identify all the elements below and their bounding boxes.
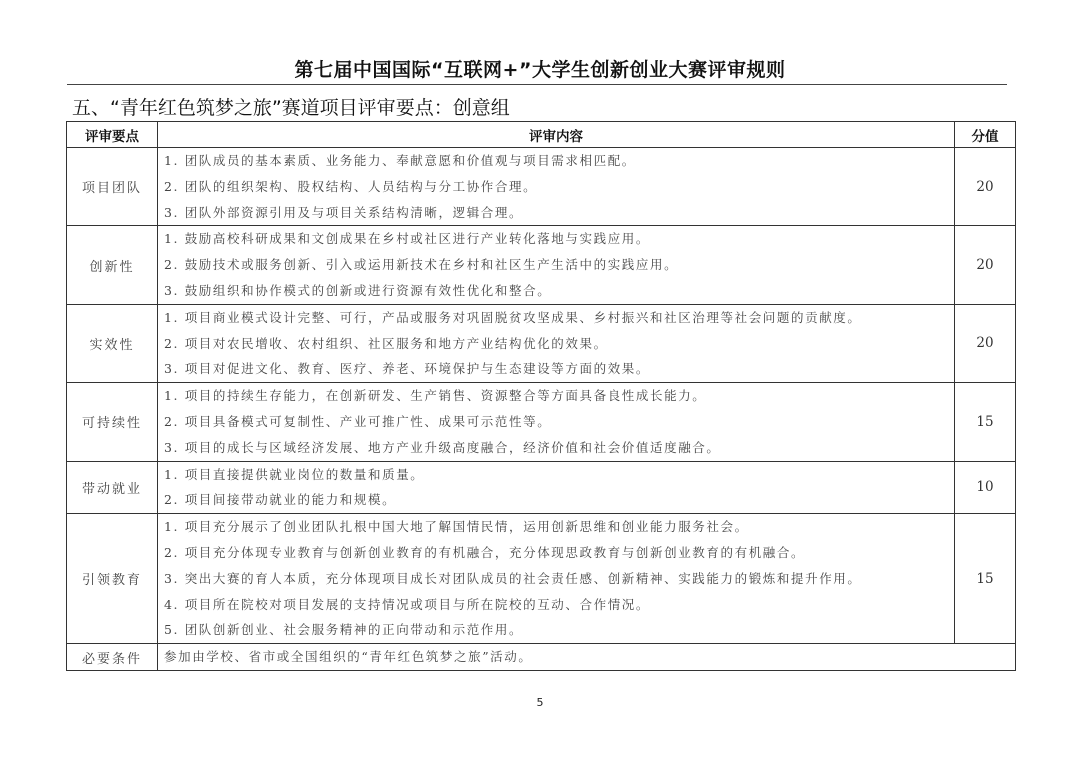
content-item: 3. 项目的成长与区域经济发展、地方产业升级高度融合，经济价值和社会价值适度融合… [164, 435, 954, 461]
requirement-text: 参加由学校、省市或全国组织的“青年红色筑梦之旅”活动。 [164, 644, 1015, 670]
row-score: 20 [955, 148, 1016, 226]
content-item: 1. 团队成员的基本素质、业务能力、奉献意愿和价值观与项目需求相匹配。 [164, 148, 954, 174]
row-point: 创新性 [67, 226, 158, 304]
content-item: 2. 鼓励技术或服务创新、引入或运用新技术在乡村和社区生产生活中的实践应用。 [164, 252, 954, 278]
section-title: 五、“青年红色筑梦之旅”赛道项目评审要点：创意组 [72, 93, 510, 120]
row-point: 项目团队 [67, 148, 158, 226]
row-content: 1. 团队成员的基本素质、业务能力、奉献意愿和价值观与项目需求相匹配。 2. 团… [158, 148, 955, 226]
header-content: 评审内容 [158, 122, 955, 148]
content-item: 1. 项目充分展示了创业团队扎根中国大地了解国情民情，运用创新思维和创业能力服务… [164, 514, 954, 540]
table-row: 创新性 1. 鼓励高校科研成果和文创成果在乡村或社区进行产业转化落地与实践应用。… [67, 226, 1016, 304]
content-item: 3. 项目对促进文化、教育、医疗、养老、环境保护与生态建设等方面的效果。 [164, 356, 954, 382]
table-row: 带动就业 1. 项目直接提供就业岗位的数量和质量。 2. 项目间接带动就业的能力… [67, 461, 1016, 514]
row-point: 带动就业 [67, 461, 158, 514]
evaluation-table: 评审要点 评审内容 分值 项目团队 1. 团队成员的基本素质、业务能力、奉献意愿… [66, 121, 1016, 671]
row-point: 实效性 [67, 304, 158, 382]
content-item: 2. 项目具备模式可复制性、产业可推广性、成果可示范性等。 [164, 409, 954, 435]
row-score: 20 [955, 304, 1016, 382]
requirement-content: 参加由学校、省市或全国组织的“青年红色筑梦之旅”活动。 [158, 644, 1016, 671]
table-row-requirement: 必要条件 参加由学校、省市或全国组织的“青年红色筑梦之旅”活动。 [67, 644, 1016, 671]
table-row: 可持续性 1. 项目的持续生存能力，在创新研发、生产销售、资源整合等方面具备良性… [67, 383, 1016, 461]
content-item: 1. 项目商业模式设计完整、可行，产品或服务对巩固脱贫攻坚成果、乡村振兴和社区治… [164, 305, 954, 331]
content-item: 1. 鼓励高校科研成果和文创成果在乡村或社区进行产业转化落地与实践应用。 [164, 226, 954, 252]
content-item: 2. 项目充分体现专业教育与创新创业教育的有机融合，充分体现思政教育与创新创业教… [164, 540, 954, 566]
title-divider [67, 84, 1007, 85]
row-content: 1. 项目充分展示了创业团队扎根中国大地了解国情民情，运用创新思维和创业能力服务… [158, 514, 955, 644]
row-content: 1. 项目直接提供就业岗位的数量和质量。 2. 项目间接带动就业的能力和规模。 [158, 461, 955, 514]
row-point: 可持续性 [67, 383, 158, 461]
content-item: 2. 项目对农民增收、农村组织、社区服务和地方产业结构优化的效果。 [164, 331, 954, 357]
content-item: 4. 项目所在院校对项目发展的支持情况或项目与所在院校的互动、合作情况。 [164, 592, 954, 618]
content-item: 3. 团队外部资源引用及与项目关系结构清晰，逻辑合理。 [164, 200, 954, 226]
row-content: 1. 鼓励高校科研成果和文创成果在乡村或社区进行产业转化落地与实践应用。 2. … [158, 226, 955, 304]
content-item: 2. 团队的组织架构、股权结构、人员结构与分工协作合理。 [164, 174, 954, 200]
header-score: 分值 [955, 122, 1016, 148]
content-item: 1. 项目的持续生存能力，在创新研发、生产销售、资源整合等方面具备良性成长能力。 [164, 383, 954, 409]
row-score: 10 [955, 461, 1016, 514]
row-point: 引领教育 [67, 514, 158, 644]
content-item: 1. 项目直接提供就业岗位的数量和质量。 [164, 462, 954, 488]
table-row: 项目团队 1. 团队成员的基本素质、业务能力、奉献意愿和价值观与项目需求相匹配。… [67, 148, 1016, 226]
requirement-label: 必要条件 [67, 644, 158, 671]
table-row: 引领教育 1. 项目充分展示了创业团队扎根中国大地了解国情民情，运用创新思维和创… [67, 514, 1016, 644]
page-number: 5 [0, 696, 1080, 709]
table-row: 实效性 1. 项目商业模式设计完整、可行，产品或服务对巩固脱贫攻坚成果、乡村振兴… [67, 304, 1016, 382]
content-item: 3. 突出大赛的育人本质，充分体现项目成长对团队成员的社会责任感、创新精神、实践… [164, 566, 954, 592]
content-item: 3. 鼓励组织和协作模式的创新或进行资源有效性优化和整合。 [164, 278, 954, 304]
table-header-row: 评审要点 评审内容 分值 [67, 122, 1016, 148]
content-item: 2. 项目间接带动就业的能力和规模。 [164, 487, 954, 513]
content-item: 5. 团队创新创业、社会服务精神的正向带动和示范作用。 [164, 617, 954, 643]
row-score: 15 [955, 514, 1016, 644]
row-content: 1. 项目的持续生存能力，在创新研发、生产销售、资源整合等方面具备良性成长能力。… [158, 383, 955, 461]
row-content: 1. 项目商业模式设计完整、可行，产品或服务对巩固脱贫攻坚成果、乡村振兴和社区治… [158, 304, 955, 382]
header-point: 评审要点 [67, 122, 158, 148]
document-title: 第七届中国国际“互联网+”大学生创新创业大赛评审规则 [0, 55, 1080, 82]
row-score: 15 [955, 383, 1016, 461]
row-score: 20 [955, 226, 1016, 304]
